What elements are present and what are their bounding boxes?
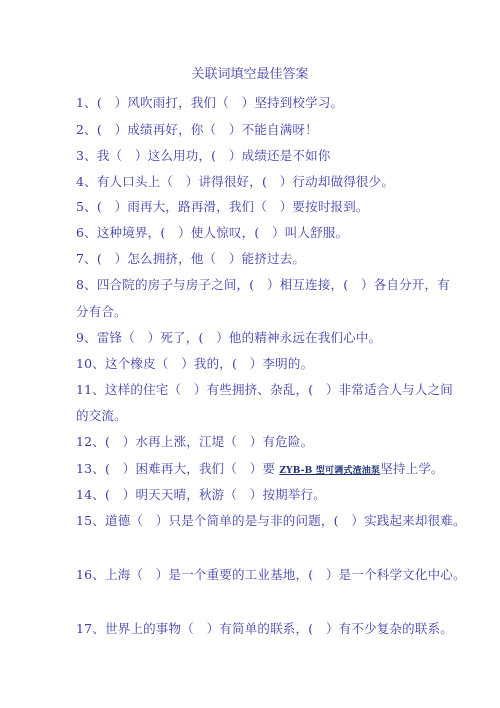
question-8-continued: 分有合。 <box>76 302 127 320</box>
question-7: 7、( ）怎么拥挤，他（ ）能挤过去。 <box>76 249 305 267</box>
question-6: 6、这种境界，( ）使人惊叹，( ）叫人舒服。 <box>76 223 348 241</box>
question-13: 13、( ）困难再大，我们（ ）要 ZYB-B 型可调式渣油泵坚持上学。 <box>76 459 444 477</box>
question-14: 14、( ）明天天晴，秋游（ ）按期举行。 <box>76 485 326 503</box>
question-1: 1、( ）风吹雨打，我们（ ）坚持到校学习。 <box>76 93 343 111</box>
question-2: 2、( ）成绩再好，你（ ）不能自满呀！ <box>76 120 318 138</box>
question-13-before: 13、( ）困难再大，我们（ ）要 <box>76 461 279 476</box>
question-5: 5、( ）雨再大，路再滑，我们（ ）要按时报到。 <box>76 197 369 215</box>
question-10: 10、这个橡皮（ ）我的，( ）李明的。 <box>76 354 313 372</box>
question-4: 4、有人口头上（ ）讲得很好，( ）行动却做得很少。 <box>76 172 394 190</box>
question-8: 8、四合院的房子与房子之间，( ）相互连接，( ）各自分开，有 <box>76 275 450 293</box>
question-17: 17、世界上的事物（ ）有简单的联系，( ）有不少复杂的联系。 <box>76 619 453 637</box>
question-13-after: 坚持上学。 <box>380 461 444 476</box>
document-title: 关联词填空最佳答案 <box>0 63 500 82</box>
question-15: 15、道德（ ）只是个简单的是与非的问题，( ）实践起来却很难。 <box>76 511 466 529</box>
question-3: 3、我（ ）这么用功，( ）成绩还是不如你 <box>76 146 331 164</box>
question-11: 11、这样的住宅（ ）有些拥挤、杂乱，( ）非常适合人与人之间 <box>76 380 453 398</box>
question-16: 16、上海（ ）是一个重要的工业基地，( ）是一个科学文化中心。 <box>76 565 466 583</box>
question-12: 12、( ）水再上涨，江堤（ ）有危险。 <box>76 432 313 450</box>
question-11-continued: 的交流。 <box>76 406 127 424</box>
product-link[interactable]: ZYB-B 型可调式渣油泵 <box>279 466 380 476</box>
question-9: 9、雷锋（ ）死了，( ）他的精神永远在我们心中。 <box>76 328 381 346</box>
